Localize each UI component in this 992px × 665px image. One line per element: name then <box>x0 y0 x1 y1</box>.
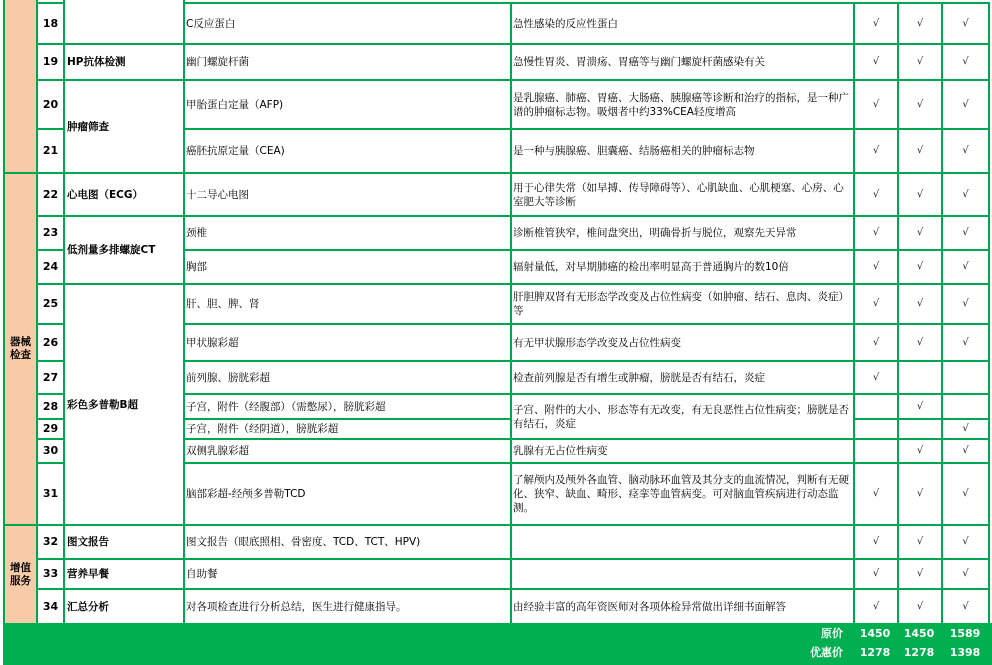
package-3-check: √ <box>941 438 990 464</box>
row-number: 29 <box>36 418 65 440</box>
sub-item: 脑部彩超-经颅多普勒TCD <box>183 462 512 526</box>
package-2-check: √ <box>897 462 943 526</box>
description: 有无甲状腺形态学改变及占位性病变 <box>510 323 855 362</box>
package-2-check: √ <box>897 524 943 560</box>
package-1-check: √ <box>853 215 899 251</box>
package-3-check: √ <box>941 283 990 325</box>
package-3-check: √ <box>941 418 990 440</box>
discount-price-2: 1278 <box>897 646 941 660</box>
item-name <box>63 0 185 45</box>
package-3-check: √ <box>941 128 990 174</box>
row-number: 31 <box>36 462 65 526</box>
description: 是乳腺癌、肺癌、胃癌、大肠癌、胰腺癌等诊断和治疗的指标，是一种广谱的肿瘤标志物。… <box>510 79 855 130</box>
description: 子宫、附件的大小、形态等有无改变，有无良恶性占位性病变；膀胱是否有结石，炎症 <box>510 393 855 440</box>
original-price-3: 1589 <box>943 627 987 641</box>
item-name: 肿瘤筛查 <box>63 79 185 174</box>
row-number: 23 <box>36 215 65 251</box>
package-1-check: √ <box>853 128 899 174</box>
description: 了解颅内及颅外各血管、脑动脉环血管及其分支的血流情况，判断有无硬化、狭窄、缺血、… <box>510 462 855 526</box>
package-3-check: √ <box>941 323 990 362</box>
category-cell <box>3 0 38 174</box>
package-3-check: √ <box>941 524 990 560</box>
row-number: 32 <box>36 524 65 560</box>
row-number: 24 <box>36 249 65 285</box>
package-2-check: √ <box>897 128 943 174</box>
row-number: 30 <box>36 438 65 464</box>
description: 由经验丰富的高年资医师对各项体检异常做出详细书面解答 <box>510 588 855 625</box>
item-name: 汇总分析 <box>63 588 185 625</box>
description: 诊断椎管狭窄，椎间盘突出，明确骨折与脱位，观察先天异常 <box>510 215 855 251</box>
description: 乳腺有无占位性病变 <box>510 438 855 464</box>
original-price-2: 1450 <box>897 627 941 641</box>
package-3-check: √ <box>941 79 990 130</box>
category-cell: 器械 检查 <box>3 172 38 526</box>
row-number: 27 <box>36 360 65 395</box>
original-price-label: 原价 <box>743 627 843 641</box>
description: 辐射量低，对早期肺癌的检出率明显高于普通胸片的数10倍 <box>510 249 855 285</box>
row-number: 33 <box>36 558 65 590</box>
sub-item: 幽门螺旋杆菌 <box>183 43 512 81</box>
row-number: 28 <box>36 393 65 420</box>
row-number: 18 <box>36 2 65 45</box>
discount-price-1: 1278 <box>853 646 897 660</box>
package-3-check <box>941 393 990 420</box>
sub-item: 自助餐 <box>183 558 512 590</box>
item-name: 图文报告 <box>63 524 185 560</box>
package-2-check: √ <box>897 393 943 420</box>
item-name: 彩色多普勒B超 <box>63 283 185 526</box>
sub-item: 甲状腺彩超 <box>183 323 512 362</box>
package-2-check: √ <box>897 283 943 325</box>
package-3-check: √ <box>941 2 990 45</box>
sub-item: C反应蛋白 <box>183 2 512 45</box>
package-1-check: √ <box>853 323 899 362</box>
package-1-check: √ <box>853 462 899 526</box>
package-2-check <box>897 360 943 395</box>
row-number: 22 <box>36 172 65 217</box>
package-2-check: √ <box>897 588 943 625</box>
package-3-check: √ <box>941 43 990 81</box>
sub-item: 图文报告（眼底照相、骨密度、TCD、TCT、HPV) <box>183 524 512 560</box>
package-2-check: √ <box>897 43 943 81</box>
sub-item: 子宫，附件（经阴道），膀胱彩超 <box>183 418 512 440</box>
sub-item: 癌胚抗原定量（CEA) <box>183 128 512 174</box>
package-1-check: √ <box>853 360 899 395</box>
package-3-check: √ <box>941 558 990 590</box>
package-3-check: √ <box>941 588 990 625</box>
row-number: 19 <box>36 43 65 81</box>
description <box>510 558 855 590</box>
sub-item: 十二导心电图 <box>183 172 512 217</box>
package-2-check: √ <box>897 172 943 217</box>
package-1-check: √ <box>853 249 899 285</box>
sub-item: 肝、胆、脾、肾 <box>183 283 512 325</box>
package-1-check: √ <box>853 79 899 130</box>
package-2-check: √ <box>897 438 943 464</box>
package-3-check: √ <box>941 215 990 251</box>
package-2-check: √ <box>897 79 943 130</box>
sub-item: 子宫，附件（经腹部）（需憋尿），膀胱彩超 <box>183 393 512 420</box>
row-number: 26 <box>36 323 65 362</box>
description: 急性感染的反应性蛋白 <box>510 2 855 45</box>
sub-item: 甲胎蛋白定量（AFP) <box>183 79 512 130</box>
description: 用于心律失常（如早搏、传导障碍等）、心肌缺血、心肌梗塞、心房、心室肥大等诊断 <box>510 172 855 217</box>
original-price-1: 1450 <box>853 627 897 641</box>
checkup-package-table: 器械 检查增值 服务181920212223242526272829303132… <box>0 0 992 665</box>
discount-price-3: 1398 <box>943 646 987 660</box>
package-1-check <box>853 393 899 420</box>
package-1-check: √ <box>853 172 899 217</box>
package-3-check: √ <box>941 462 990 526</box>
sub-item: 双侧乳腺彩超 <box>183 438 512 464</box>
package-2-check <box>897 418 943 440</box>
package-1-check: √ <box>853 588 899 625</box>
package-1-check: √ <box>853 43 899 81</box>
package-1-check: √ <box>853 2 899 45</box>
row-number: 21 <box>36 128 65 174</box>
package-1-check: √ <box>853 524 899 560</box>
package-1-check: √ <box>853 283 899 325</box>
item-name: 营养早餐 <box>63 558 185 590</box>
package-1-check <box>853 418 899 440</box>
row-number: 25 <box>36 283 65 325</box>
package-3-check: √ <box>941 249 990 285</box>
package-1-check: √ <box>853 558 899 590</box>
description: 检查前列腺是否有增生或肿瘤，膀胱是否有结石，炎症 <box>510 360 855 395</box>
sub-item: 对各项检查进行分析总结，医生进行健康指导。 <box>183 588 512 625</box>
package-3-check: √ <box>941 172 990 217</box>
package-2-check: √ <box>897 323 943 362</box>
item-name: HP抗体检测 <box>63 43 185 81</box>
sub-item: 颈椎 <box>183 215 512 251</box>
package-2-check: √ <box>897 2 943 45</box>
row-number: 20 <box>36 79 65 130</box>
discount-price-label: 优惠价 <box>743 646 843 660</box>
description: 急慢性胃炎、胃溃疡、胃癌等与幽门螺旋杆菌感染有关 <box>510 43 855 81</box>
item-name: 低剂量多排螺旋CT <box>63 215 185 285</box>
price-footer: 原价 1450 1450 1589 优惠价 1278 1278 1398 <box>3 623 992 665</box>
package-3-check <box>941 360 990 395</box>
package-2-check: √ <box>897 215 943 251</box>
description: 是一种与胰腺癌、胆囊癌、结肠癌相关的肿瘤标志物 <box>510 128 855 174</box>
sub-item: 胸部 <box>183 249 512 285</box>
item-name: 心电图（ECG） <box>63 172 185 217</box>
package-1-check <box>853 438 899 464</box>
category-cell: 增值 服务 <box>3 524 38 625</box>
package-2-check: √ <box>897 249 943 285</box>
description: 肝胆脾双肾有无形态学改变及占位性病变（如肿瘤、结石、息肉、炎症）等 <box>510 283 855 325</box>
sub-item: 前列腺、膀胱彩超 <box>183 360 512 395</box>
description <box>510 524 855 560</box>
package-2-check: √ <box>897 558 943 590</box>
row-number: 34 <box>36 588 65 625</box>
